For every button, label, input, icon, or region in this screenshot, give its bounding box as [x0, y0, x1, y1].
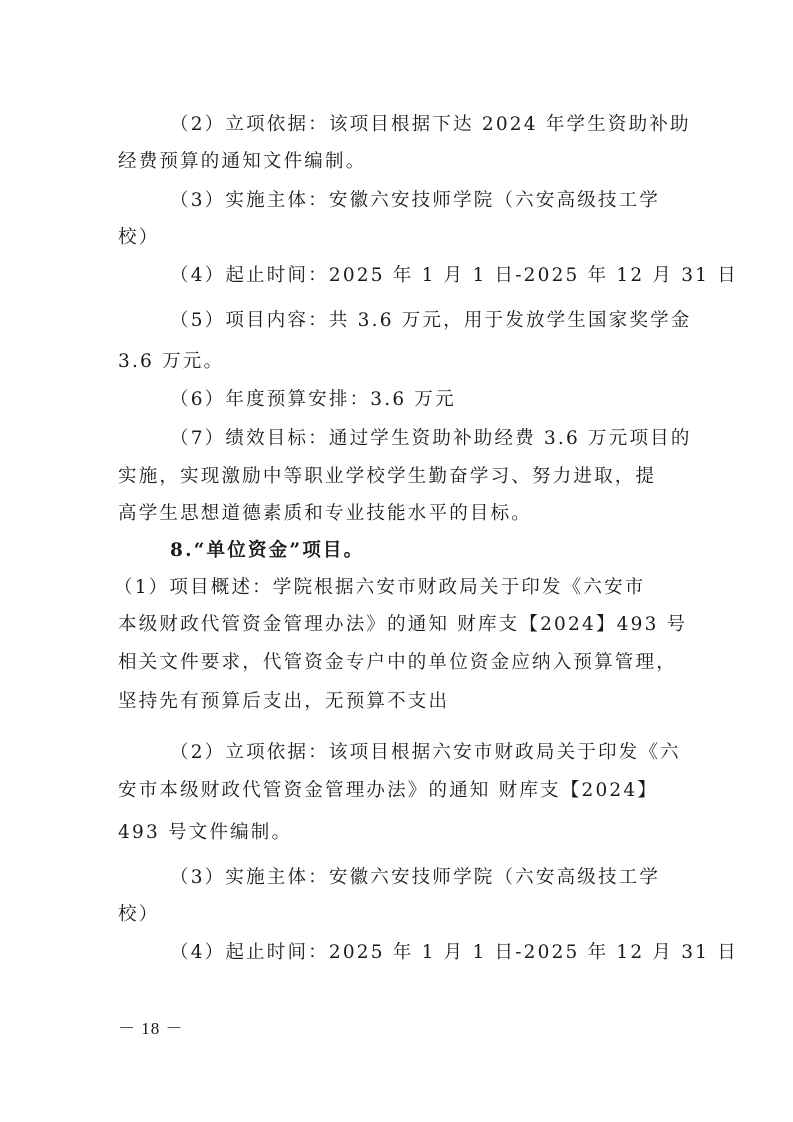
project-basis-2-line-3: 493 号文件编制。: [118, 821, 292, 845]
project-overview-line-3: 相关文件要求，代管资金专户中的单位资金应纳入预算管理，: [118, 651, 677, 675]
project-basis-2-line-1: （2）立项依据：该项目根据六安市财政局关于印发《六: [170, 741, 681, 765]
period-2-line: （4）起止时间：2025 年 1 月 1 日-2025 年 12 月 31 日: [170, 941, 738, 965]
project-overview-line-1: （1）项目概述：学院根据六安市财政局关于印发《六安市: [114, 576, 645, 600]
project-overview-line-4: 坚持先有预算后支出，无预算不支出: [118, 690, 449, 714]
project-overview-line-2: 本级财政代管资金管理办法》的通知 财库支【2024】493 号: [118, 613, 687, 637]
project-basis-line-2: 经费预算的通知文件编制。: [118, 150, 366, 174]
project-content-line-1: （5）项目内容：共 3.6 万元，用于发放学生国家奖学金: [170, 309, 692, 333]
performance-goal-line-2: 实施，实现激励中等职业学校学生勤奋学习、努力进取，提: [118, 465, 656, 489]
implementing-body-line-1: （3）实施主体：安徽六安技师学院（六安高级技工学: [170, 189, 660, 213]
project-basis-2-line-2: 安市本级财政代管资金管理办法》的通知 财库支【2024】: [118, 779, 658, 803]
page-number: － 18 －: [118, 1018, 184, 1040]
period-line: （4）起止时间：2025 年 1 月 1 日-2025 年 12 月 31 日: [170, 264, 738, 288]
implementing-body-line-2: 校）: [118, 226, 159, 250]
annual-budget-line: （6）年度预算安排：3.6 万元: [170, 388, 456, 412]
document-page: （2）立项依据：该项目根据下达 2024 年学生资助补助 经费预算的通知文件编制…: [0, 0, 793, 1122]
project-content-line-2: 3.6 万元。: [118, 350, 224, 374]
implementing-body-2-line-2: 校）: [118, 903, 159, 927]
implementing-body-2-line-1: （3）实施主体：安徽六安技师学院（六安高级技工学: [170, 866, 660, 890]
project-basis-line-1: （2）立项依据：该项目根据下达 2024 年学生资助补助: [170, 113, 691, 137]
section-heading-unit-funds: 8.“单位资金”项目。: [170, 539, 364, 563]
performance-goal-line-1: （7）绩效目标：通过学生资助补助经费 3.6 万元项目的: [170, 427, 692, 451]
performance-goal-line-3: 高学生思想道德素质和专业技能水平的目标。: [118, 502, 532, 526]
